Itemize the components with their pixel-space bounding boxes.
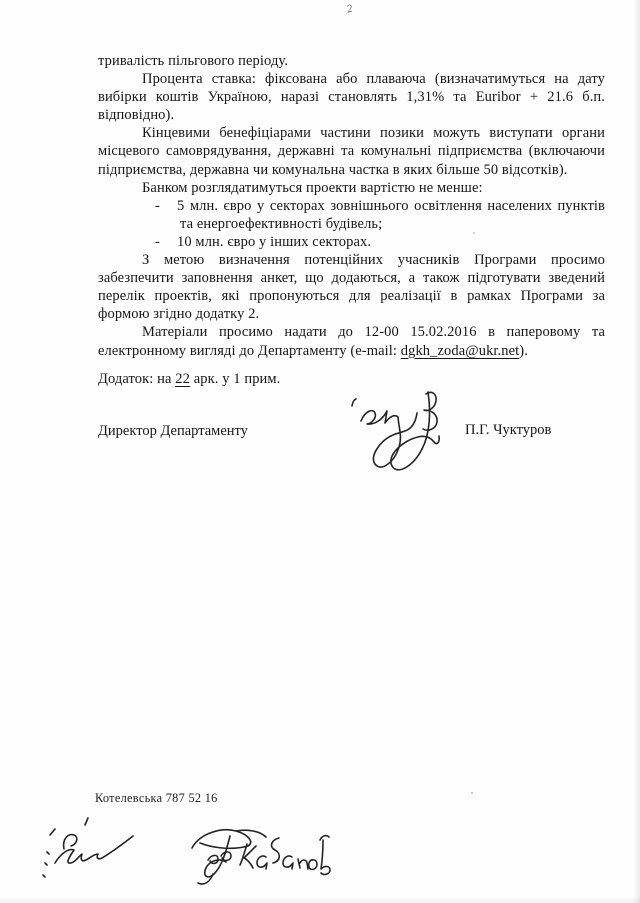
handwritten-signature-left xyxy=(0,800,140,900)
paragraph-line: Матеріали просимо надати до 12-00 15.02.… xyxy=(98,323,605,341)
paragraph-line: Процента ставка: фіксована або плаваюча … xyxy=(98,70,605,88)
paragraph-line: З метою визначення потенційних учасників… xyxy=(98,251,605,269)
list-dash: - xyxy=(155,233,160,251)
scan-speck xyxy=(473,232,475,234)
signer-position: Директор Департаменту xyxy=(98,423,248,440)
attachment-prefix: Додаток: на xyxy=(98,371,175,387)
materials-text-end: ). xyxy=(519,343,528,359)
director-signature xyxy=(325,385,465,490)
scan-edge-shadow xyxy=(633,0,640,903)
scan-speck xyxy=(471,792,473,794)
handwritten-signature-kabanov xyxy=(170,815,340,903)
list-item: -10 млн. євро у інших секторах. xyxy=(98,233,605,251)
page-number: 2 xyxy=(346,3,354,16)
paragraph-line: електронному вигляді до Департаменту (e-… xyxy=(98,342,605,360)
list-item-continuation: та енергоефективності будівель; xyxy=(98,215,605,233)
materials-text: електронному вигляді до Департаменту (e-… xyxy=(98,343,401,359)
scan-edge-shadow xyxy=(0,896,640,903)
scanned-letter-page: 2 тривалість пільгового періоду. Процент… xyxy=(0,0,640,903)
paragraph-line: тривалість пільгового періоду. xyxy=(98,52,605,70)
paragraph-line: відповідно). xyxy=(98,106,605,124)
paragraph-line: підприємства, державна чи комунальна час… xyxy=(98,161,605,179)
attachment-sheet-count: 22 xyxy=(175,371,190,387)
list-item-text: 5 млн. євро у секторах зовнішнього освіт… xyxy=(177,198,605,214)
list-item: -5 млн. євро у секторах зовнішнього осві… xyxy=(98,197,605,215)
list-dash: - xyxy=(155,197,160,215)
paragraph-line: місцевого самоврядування, державні та ко… xyxy=(98,142,605,160)
attachment-suffix: арк. у 1 прим. xyxy=(190,371,280,387)
signer-name: П.Г. Чуктуров xyxy=(465,422,551,439)
paragraph-line: формою згідно додатку 2. xyxy=(98,305,605,323)
paragraph-line: перелік проектів, які пропонуються для р… xyxy=(98,287,605,305)
paragraph-line: вибірки коштів Україною, наразі становля… xyxy=(98,88,605,106)
paragraph-line: забезпечити заповнення анкет, що додають… xyxy=(98,269,605,287)
paragraph-line: Кінцевими бенефіціарами частини позики м… xyxy=(98,124,605,142)
letter-body: тривалість пільгового періоду. Процента … xyxy=(98,52,605,388)
email-address: dgkh_zoda@ukr.net xyxy=(401,343,520,359)
paragraph-line: Банком розглядатимуться проекти вартістю… xyxy=(98,179,605,197)
list-item-text: 10 млн. євро у інших секторах. xyxy=(177,234,371,250)
